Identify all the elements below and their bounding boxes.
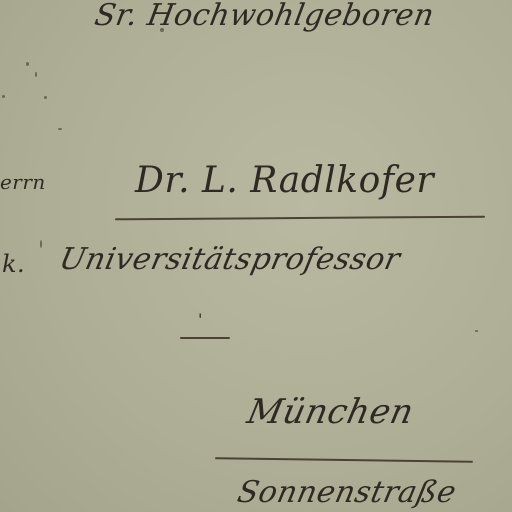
title-prefix-fragment: k. [2,250,25,278]
separator-mark: ' [198,310,203,329]
stain [475,330,478,332]
name-prefix-fragment: Herrn [0,170,46,194]
stain [44,96,47,99]
salutation-text: Sr. Hochwohlgeboren [92,0,437,33]
stain [26,62,29,66]
city-text: München [244,392,418,432]
separator-line [180,337,230,339]
city-underline [215,457,473,462]
recipient-title: Universitätsprofessor [56,242,403,277]
stain [2,95,5,98]
stain [40,240,42,248]
stain [160,28,164,32]
stain [35,72,37,77]
document-paper: Sr. Hochwohlgeboren Herrn Dr. L. Radlkof… [0,0,512,512]
stain [58,128,62,130]
street-text: Sonnenstraße [234,475,459,510]
recipient-name: Dr. L. Radlkofer [135,160,434,201]
name-underline [115,216,485,220]
